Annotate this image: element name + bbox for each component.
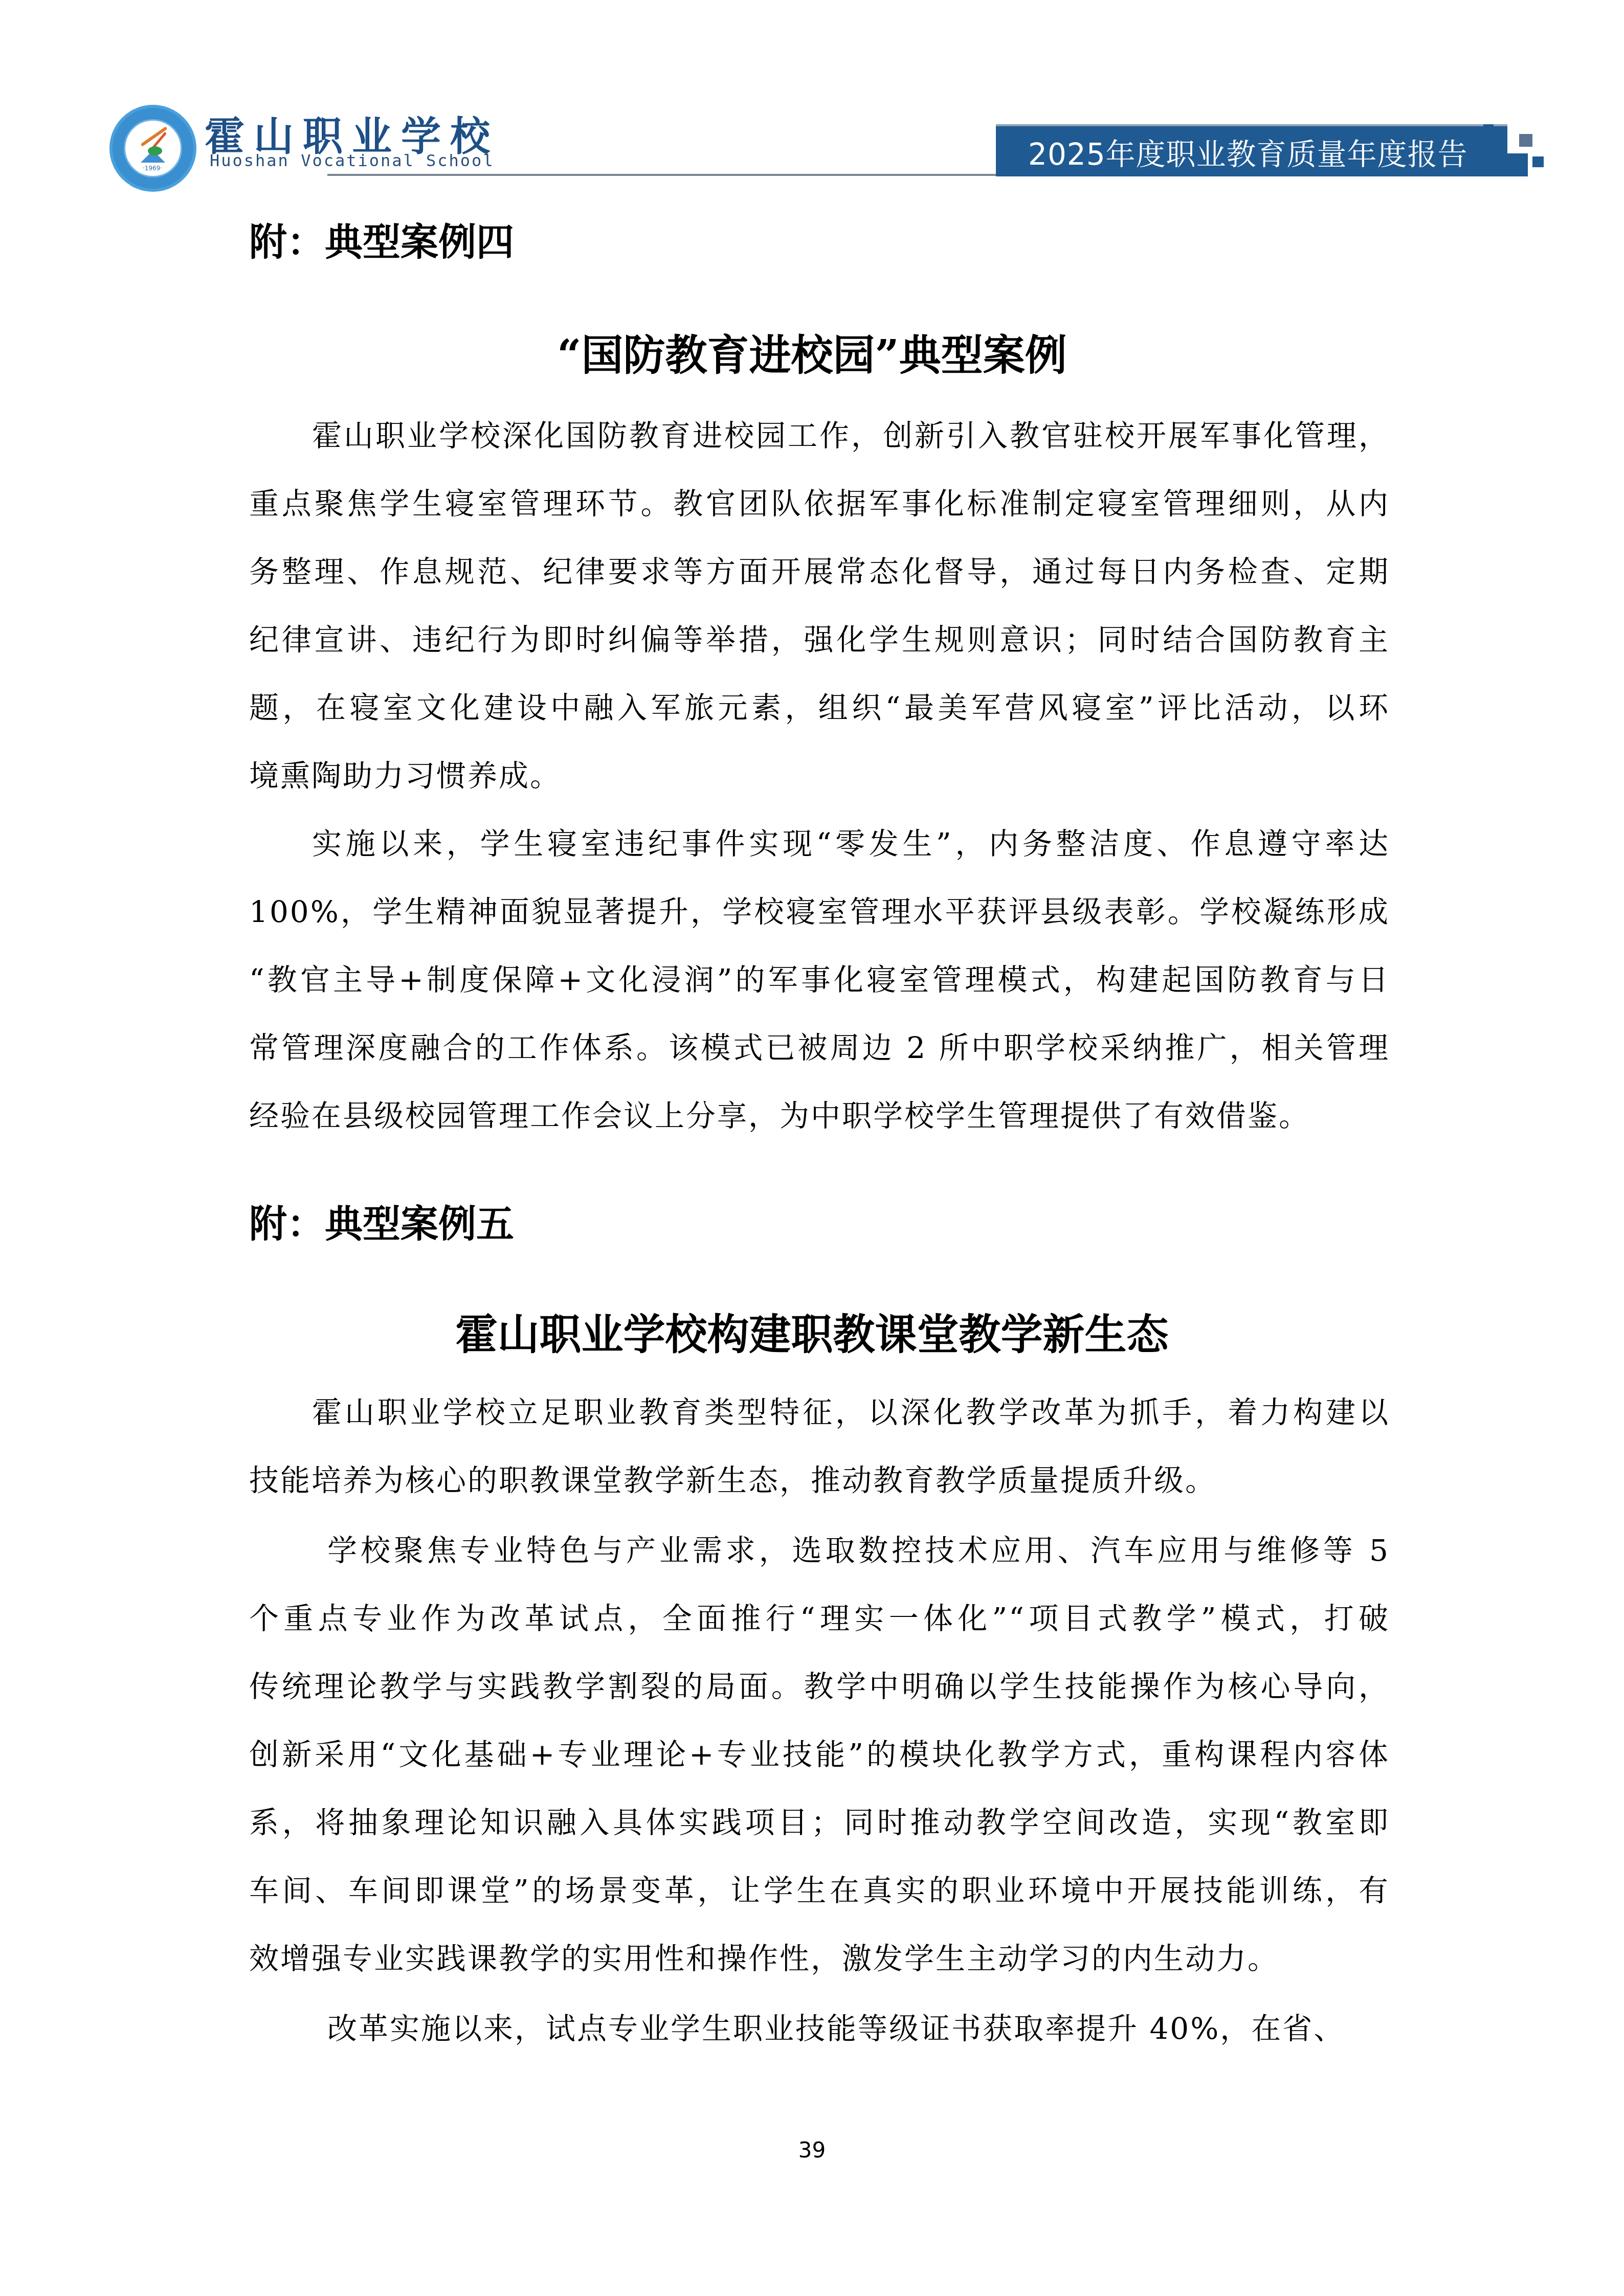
text-line: 改革实施以来，试点专业学生职业技能等级证书获取率提升 40%，在省、	[327, 2005, 1390, 2047]
text-line: “教官主导+制度保障+文化浸润”的军事化寝室管理模式，构建起国防教育与日	[249, 956, 1390, 999]
page-number: 39	[0, 2137, 1624, 2163]
text-line: 境熏陶助力习惯养成。	[249, 752, 1390, 795]
text-line: 学校聚焦专业特色与产业需求，选取数控技术应用、汽车应用与维修等 5	[327, 1526, 1390, 1569]
text-line: 题，在寝室文化建设中融入军旅元素，组织“最美军营风寝室”评比活动，以环	[249, 684, 1390, 727]
decor-square-icon	[1519, 134, 1532, 147]
school-name-en: Huoshan Vocational School	[210, 151, 495, 170]
text-line: 霍山职业学校深化国防教育进校园工作，创新引入教官驻校开展军事化管理，	[312, 412, 1390, 455]
decor-square-icon	[1532, 156, 1544, 167]
case4-title: “国防教育进校园”典型案例	[0, 322, 1624, 382]
school-logo-icon: ·1969·	[109, 105, 196, 192]
text-line: 务整理、作息规范、纪律要求等方面开展常态化督导，通过每日内务检查、定期	[249, 548, 1390, 591]
logo-leaf-icon	[148, 146, 162, 155]
text-line: 系，将抽象理论知识融入具体实践项目；同时推动教学空间改造，实现“教室即	[249, 1798, 1390, 1841]
appendix-heading-case5: 附：典型案例五	[249, 1194, 514, 1248]
text-line: 创新采用“文化基础+专业理论+专业技能”的模块化教学方式，重构课程内容体	[249, 1730, 1390, 1773]
decor-square-icon	[1483, 124, 1494, 176]
page-header: ·1969· 霍山职业学校 Huoshan Vocational School …	[0, 0, 1624, 194]
decor-square-icon	[1505, 153, 1528, 176]
text-line: 技能培养为核心的职教课堂教学新生态，推动教育教学质量提质升级。	[249, 1456, 1390, 1499]
text-line: 个重点专业作为改革试点，全面推行“理实一体化”“项目式教学”模式，打破	[249, 1594, 1390, 1637]
appendix-heading-case4: 附：典型案例四	[249, 212, 514, 266]
header-divider	[327, 174, 1003, 176]
text-line: 实施以来，学生寝室违纪事件实现“零发生”，内务整洁度、作息遵守率达	[312, 820, 1390, 863]
text-line: 传统理论教学与实践教学割裂的局面。教学中明确以学生技能操作为核心导向，	[249, 1662, 1390, 1705]
text-line: 效增强专业实践课教学的实用性和操作性，激发学生主动学习的内生动力。	[249, 1934, 1390, 1977]
text-line: 霍山职业学校立足职业教育类型特征，以深化教学改革为抓手，着力构建以	[312, 1388, 1390, 1431]
text-line: 重点聚焦学生寝室管理环节。教官团队依据军事化标准制定寝室管理细则，从内	[249, 480, 1390, 523]
text-line: 100%，学生精神面貌显著提升，学校寝室管理水平获评县级表彰。学校凝练形成	[249, 888, 1390, 931]
logo-inner-ring: ·1969·	[124, 119, 182, 177]
text-line: 纪律宣讲、违纪行为即时纠偏等举措，强化学生规则意识；同时结合国防教育主	[249, 616, 1390, 659]
text-line: 车间、车间即课堂”的场景变革，让学生在真实的职业环境中开展技能训练，有	[249, 1866, 1390, 1909]
report-title: 2025年度职业教育质量年度报告	[1028, 130, 1468, 173]
text-line: 常管理深度融合的工作体系。该模式已被周边 2 所中职学校采纳推广，相关管理	[249, 1024, 1390, 1067]
text-line: 经验在县级校园管理工作会议上分享，为中职学校学生管理提供了有效借鉴。	[249, 1092, 1390, 1135]
logo-year: ·1969·	[143, 165, 162, 172]
case5-title: 霍山职业学校构建职教课堂教学新生态	[0, 1301, 1624, 1361]
